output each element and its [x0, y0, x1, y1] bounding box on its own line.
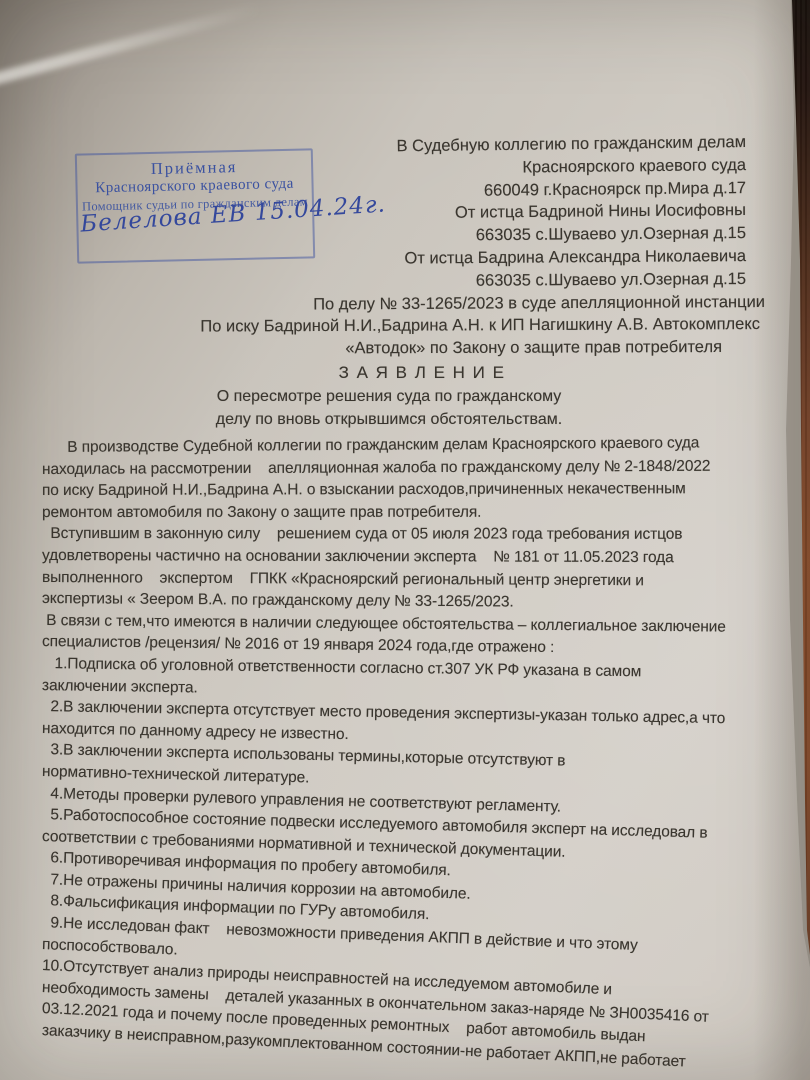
header-line: По иску Бадриной Н.И.,Бадрина А.Н. к ИП …: [126, 313, 760, 339]
subtitle-line: О пересмотре решения суда по гражданском…: [0, 385, 778, 408]
document-body: В производстве Судебной коллегии по граж…: [42, 437, 787, 1042]
document-subtitle: О пересмотре решения суда по гражданском…: [0, 385, 778, 431]
recipient-address-block: В Судебную коллегию по гражданским делам…: [126, 131, 746, 359]
body-text-line: Вступившим в законную силу решением суда…: [42, 523, 787, 546]
body-text-line: удовлетворены частично на основании закл…: [42, 545, 787, 569]
body-text-line: находилась на рассмотрении апелляционная…: [42, 455, 787, 480]
body-text-line: ремонтом автомобиля по Закону о защите п…: [42, 501, 787, 523]
subtitle-line: делу по вновь открывшимся обстоятельства…: [0, 408, 778, 431]
document-title: З А Я В Л Е Н И Е: [33, 361, 810, 385]
document-photo: Приёмная Красноярского краевого суда Пом…: [0, 0, 810, 1080]
header-line: 663035 с.Шуваево ул.Озерная д.15: [126, 268, 746, 295]
body-text-line: по иску Бадриной Н.И.,Бадрина А.Н. о взы…: [42, 478, 787, 502]
document-title-block: З А Я В Л Е Н И Е О пересмотре решения с…: [0, 361, 778, 431]
paper-sheet: Приёмная Красноярского краевого суда Пом…: [0, 0, 810, 1080]
header-line: «Автодок» по Закону о защите прав потреб…: [126, 336, 722, 361]
paper-fold-highlight: [0, 2, 261, 94]
body-text-line: В производстве Судебной коллегии по граж…: [42, 432, 787, 459]
